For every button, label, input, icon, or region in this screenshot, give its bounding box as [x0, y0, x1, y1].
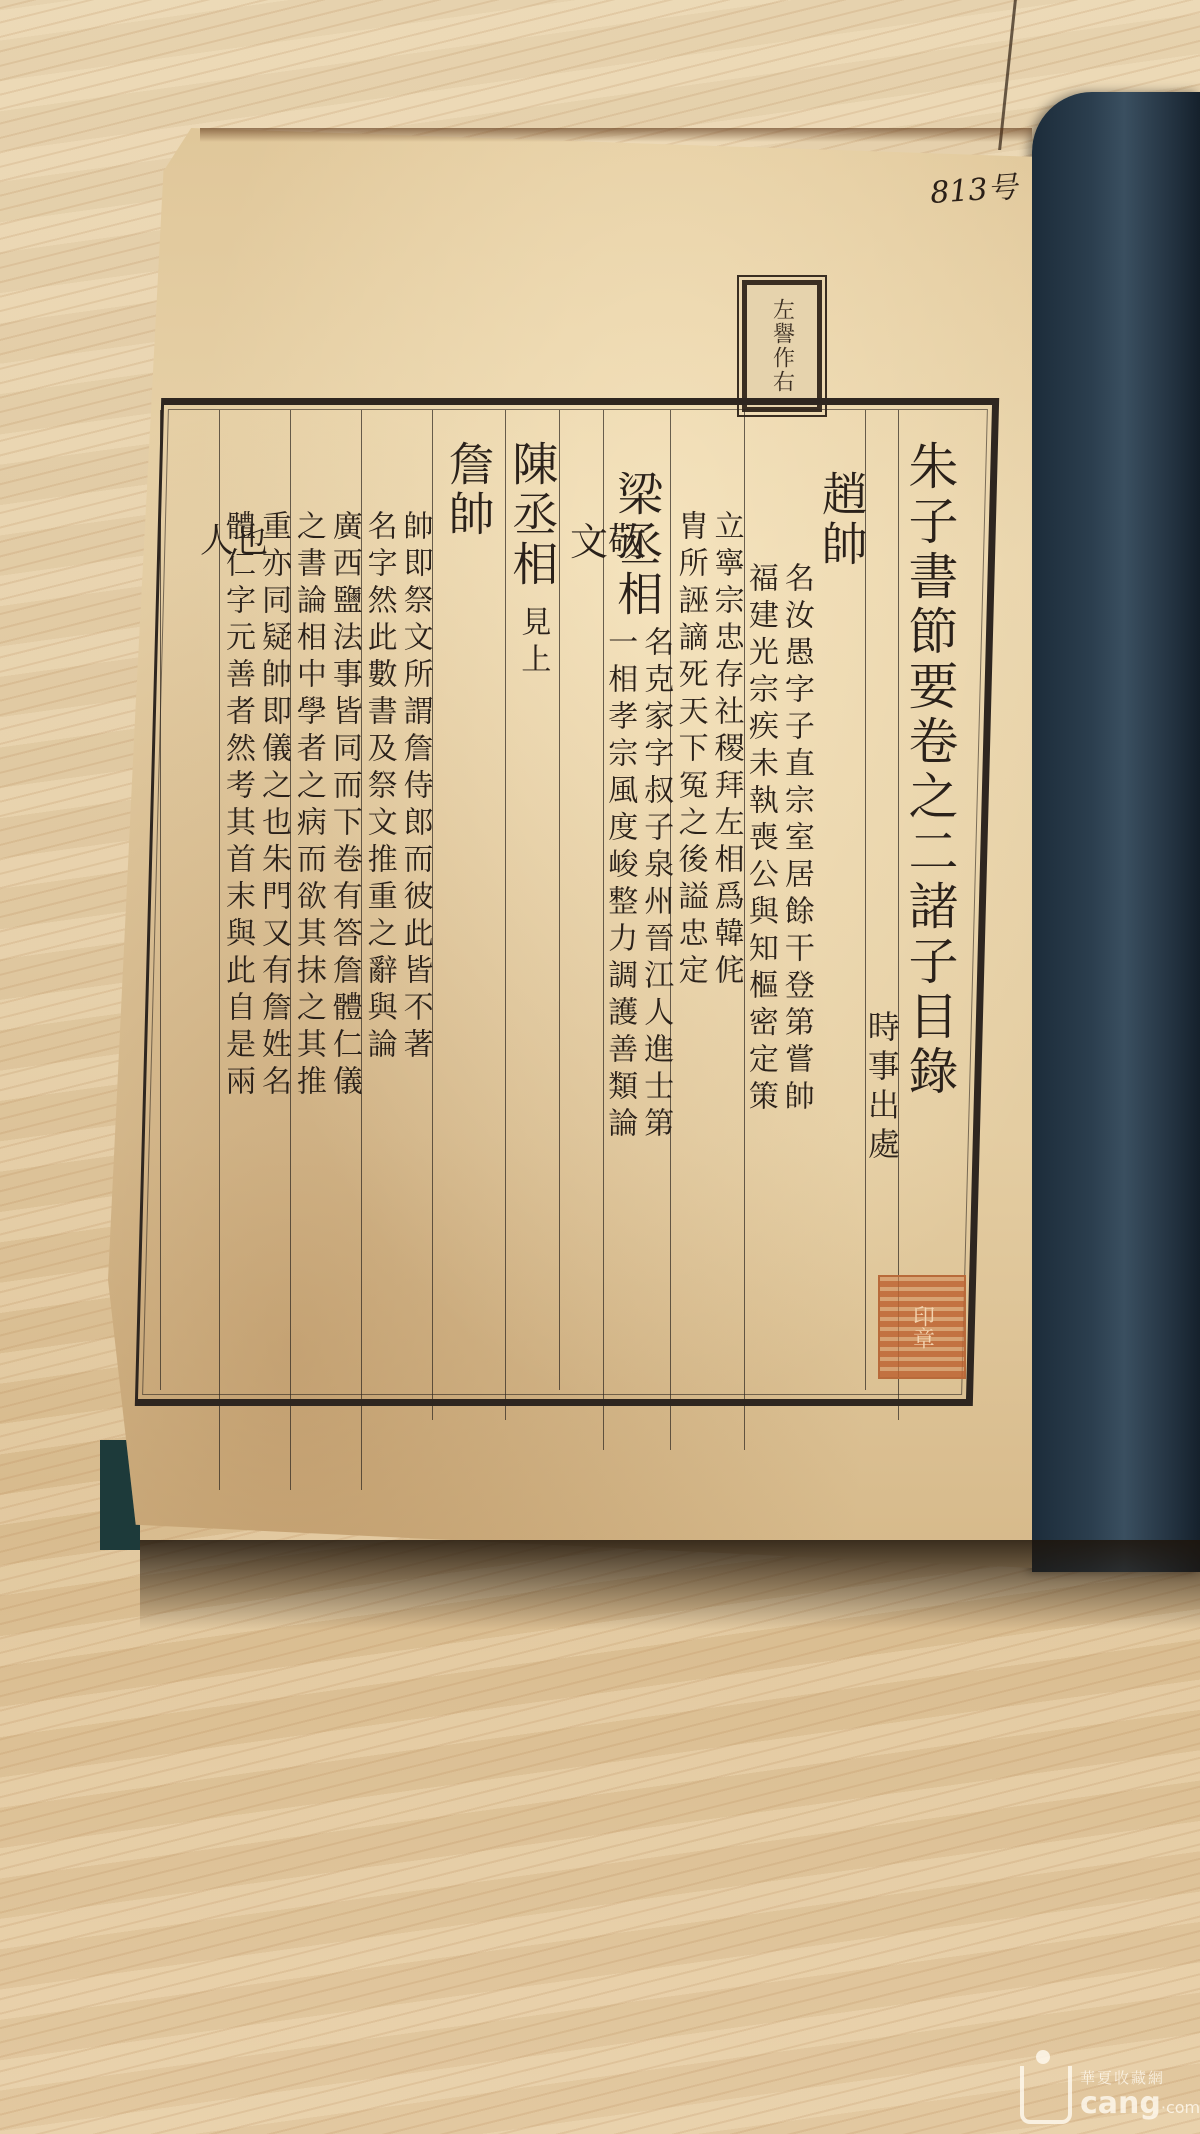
entry-liang-chengxiang: 梁丞相 名克家字叔子泉州晉江人進士第 一相孝宗風度峻整力調護善類論 — [603, 410, 670, 1450]
watermark-cn: 華夏收藏網 — [1080, 2070, 1200, 2087]
book-shadow — [140, 1540, 1200, 1630]
entry-note: 帥即祭文所謂詹侍郎而彼此皆不著 — [400, 510, 430, 1490]
subtitle: 時事出處 — [866, 410, 898, 1390]
entry-chen-chengxiang: 陳丞相 見上 — [505, 410, 558, 1420]
entry-note: 福建光宗疾未執喪公與知樞密定策 — [745, 562, 775, 1450]
book-cover-blue — [1032, 92, 1200, 1572]
entry-note: 重亦同疑帥即儀之也朱門又有詹姓名 — [258, 510, 288, 1490]
entry-zhao-shuai-cont: 立寧宗忠存社稷拜左相爲韓侂 胄所誣謫死天下冤之後謚忠定 — [670, 410, 744, 1450]
entry-zhao-shuai: 趙帥 名汝愚字子直宗室居餘干登第嘗帥 福建光宗疾未執喪公與知樞密定策 — [744, 410, 865, 1450]
entry-zhan-shuai-notes: 帥即祭文所謂詹侍郎而彼此皆不著 名字然此數書及祭文推重之辭與論 — [361, 410, 432, 1490]
watermark: 華夏收藏網 cang·com — [1020, 2066, 1200, 2124]
entry-note: 名汝愚字子直宗室居餘干登第嘗帥 — [781, 562, 811, 1450]
entry-note: 見上 — [517, 606, 547, 680]
entry-note: 一相孝宗風度峻整力調護善類論 — [604, 626, 634, 1144]
inventory-number: 813号 — [929, 162, 1019, 212]
title-column: 朱子書節要卷之二諸子目錄 — [898, 410, 960, 1420]
entry-note: 體仁字元善者然考其首末與此自是兩 — [222, 510, 252, 1490]
entry-zhan-shuai-notes-3: 重亦同疑帥即儀之也朱門又有詹姓名 體仁字元善者然考其首末與此自是兩 — [219, 410, 290, 1490]
entry-note: 廣西鹽法事皆同而下卷有答詹體仁儀 — [329, 510, 359, 1490]
cang-logo-icon — [1020, 2066, 1072, 2124]
entry-heading: 詹帥 — [446, 440, 492, 540]
entry-note: 之書論相中學者之病而欲其抹之其推 — [293, 510, 323, 1490]
watermark-en: cang·com — [1080, 2087, 1200, 2120]
page-worn-edge — [200, 128, 1032, 142]
entry-zhan-shuai-notes-2: 廣西鹽法事皆同而下卷有答詹體仁儀 之書論相中學者之病而欲其抹之其推 — [290, 410, 361, 1490]
entry-note: 立寧宗忠存社稷拜左相爲韓侂 — [711, 510, 741, 1450]
entry-note: 名克家字叔子泉州晉江人進士第 — [640, 626, 670, 1144]
red-collector-seal: 印章 — [878, 1275, 966, 1379]
entry-zhan-shuai: 詹帥 — [432, 410, 506, 1420]
entry-heading: 趙帥 — [819, 470, 865, 1450]
section-label: 文敬 — [570, 520, 646, 564]
book-title: 朱子書節要卷之二諸子目錄 — [904, 440, 954, 1100]
subtitle-column: 時事出處 — [865, 410, 898, 1390]
title-slip-text: 左譽作右 — [767, 298, 798, 394]
entry-note: 胄所誣謫死天下冤之後謚忠定 — [675, 510, 705, 1450]
closing-note: 人也 — [200, 513, 268, 562]
entry-heading: 陳丞相 — [509, 440, 555, 590]
text-columns: 朱子書節要卷之二諸子目錄 時事出處 趙帥 名汝愚字子直宗室居餘干登第嘗帥 福建光… — [160, 410, 960, 1390]
title-slip: 左譽作右 — [742, 280, 822, 412]
entry-note: 名字然此數書及祭文推重之辭與論 — [364, 510, 394, 1490]
